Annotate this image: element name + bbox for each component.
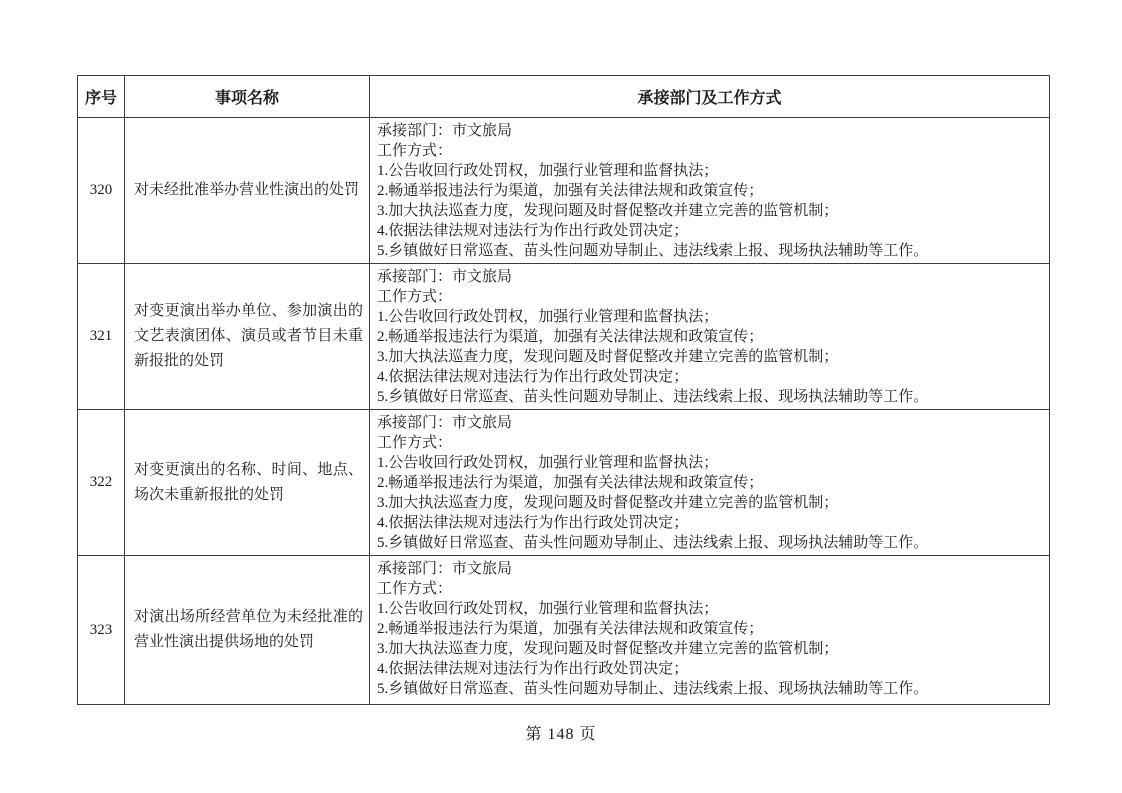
- detail-line: 4.依据法律法规对违法行为作出行政处罚决定；: [377, 659, 1041, 679]
- detail-line: 2.畅通举报违法行为渠道，加强有关法律法规和政策宣传；: [377, 619, 1041, 639]
- items-table: 序号 事项名称 承接部门及工作方式 320 对未经批准举办营业性演出的处罚 承接…: [77, 75, 1050, 705]
- detail-line: 承接部门：市文旅局: [377, 121, 1041, 141]
- detail-line: 1.公告收回行政处罚权，加强行业管理和监督执法；: [377, 599, 1041, 619]
- table-row: 321 对变更演出举办单位、参加演出的文艺表演团体、演员或者节目未重新报批的处罚…: [78, 264, 1050, 410]
- table-row: 322 对变更演出的名称、时间、地点、场次未重新报批的处罚 承接部门：市文旅局 …: [78, 410, 1050, 556]
- header-item-name: 事项名称: [125, 76, 370, 118]
- item-name: 对未经批准举办营业性演出的处罚: [125, 118, 370, 264]
- department-method-cell: 承接部门：市文旅局 工作方式： 1.公告收回行政处罚权，加强行业管理和监督执法；…: [370, 410, 1050, 556]
- department-method-cell: 承接部门：市文旅局 工作方式： 1.公告收回行政处罚权，加强行业管理和监督执法；…: [370, 118, 1050, 264]
- table-header-row: 序号 事项名称 承接部门及工作方式: [78, 76, 1050, 118]
- detail-line: 4.依据法律法规对违法行为作出行政处罚决定；: [377, 513, 1041, 533]
- detail-line: 1.公告收回行政处罚权，加强行业管理和监督执法；: [377, 307, 1041, 327]
- detail-line: 4.依据法律法规对违法行为作出行政处罚决定；: [377, 367, 1041, 387]
- department-method-cell: 承接部门：市文旅局 工作方式： 1.公告收回行政处罚权，加强行业管理和监督执法；…: [370, 264, 1050, 410]
- detail-line: 3.加大执法巡查力度，发现问题及时督促整改并建立完善的监管机制；: [377, 639, 1041, 659]
- detail-line: 承接部门：市文旅局: [377, 267, 1041, 287]
- item-name: 对变更演出举办单位、参加演出的文艺表演团体、演员或者节目未重新报批的处罚: [125, 264, 370, 410]
- department-method-cell: 承接部门：市文旅局 工作方式： 1.公告收回行政处罚权，加强行业管理和监督执法；…: [370, 556, 1050, 705]
- detail-line: 4.依据法律法规对违法行为作出行政处罚决定；: [377, 221, 1041, 241]
- detail-line: 5.乡镇做好日常巡查、苗头性问题劝导制止、违法线索上报、现场执法辅助等工作。: [377, 533, 1041, 553]
- detail-line: 工作方式：: [377, 433, 1041, 453]
- header-department-method: 承接部门及工作方式: [370, 76, 1050, 118]
- detail-line: 5.乡镇做好日常巡查、苗头性问题劝导制止、违法线索上报、现场执法辅助等工作。: [377, 679, 1041, 699]
- page-number: 第 148 页: [0, 721, 1122, 744]
- detail-line: 2.畅通举报违法行为渠道，加强有关法律法规和政策宣传；: [377, 327, 1041, 347]
- detail-line: 承接部门：市文旅局: [377, 413, 1041, 433]
- detail-line: 5.乡镇做好日常巡查、苗头性问题劝导制止、违法线索上报、现场执法辅助等工作。: [377, 387, 1041, 407]
- detail-line: 工作方式：: [377, 287, 1041, 307]
- table-row: 320 对未经批准举办营业性演出的处罚 承接部门：市文旅局 工作方式： 1.公告…: [78, 118, 1050, 264]
- detail-line: 1.公告收回行政处罚权，加强行业管理和监督执法；: [377, 161, 1041, 181]
- detail-line: 工作方式：: [377, 579, 1041, 599]
- item-name: 对演出场所经营单位为未经批准的营业性演出提供场地的处罚: [125, 556, 370, 705]
- item-name: 对变更演出的名称、时间、地点、场次未重新报批的处罚: [125, 410, 370, 556]
- serial-number: 320: [78, 118, 125, 264]
- detail-line: 1.公告收回行政处罚权，加强行业管理和监督执法；: [377, 453, 1041, 473]
- detail-line: 3.加大执法巡查力度，发现问题及时督促整改并建立完善的监管机制；: [377, 493, 1041, 513]
- detail-line: 承接部门：市文旅局: [377, 559, 1041, 579]
- table-row: 323 对演出场所经营单位为未经批准的营业性演出提供场地的处罚 承接部门：市文旅…: [78, 556, 1050, 705]
- serial-number: 322: [78, 410, 125, 556]
- detail-line: 2.畅通举报违法行为渠道，加强有关法律法规和政策宣传；: [377, 473, 1041, 493]
- serial-number: 321: [78, 264, 125, 410]
- detail-line: 2.畅通举报违法行为渠道，加强有关法律法规和政策宣传；: [377, 181, 1041, 201]
- serial-number: 323: [78, 556, 125, 705]
- detail-line: 3.加大执法巡查力度，发现问题及时督促整改并建立完善的监管机制；: [377, 201, 1041, 221]
- detail-line: 工作方式：: [377, 141, 1041, 161]
- detail-line: 3.加大执法巡查力度，发现问题及时督促整改并建立完善的监管机制；: [377, 347, 1041, 367]
- document-page: 序号 事项名称 承接部门及工作方式 320 对未经批准举办营业性演出的处罚 承接…: [0, 0, 1122, 793]
- header-serial-number: 序号: [78, 76, 125, 118]
- detail-line: 5.乡镇做好日常巡查、苗头性问题劝导制止、违法线索上报、现场执法辅助等工作。: [377, 241, 1041, 261]
